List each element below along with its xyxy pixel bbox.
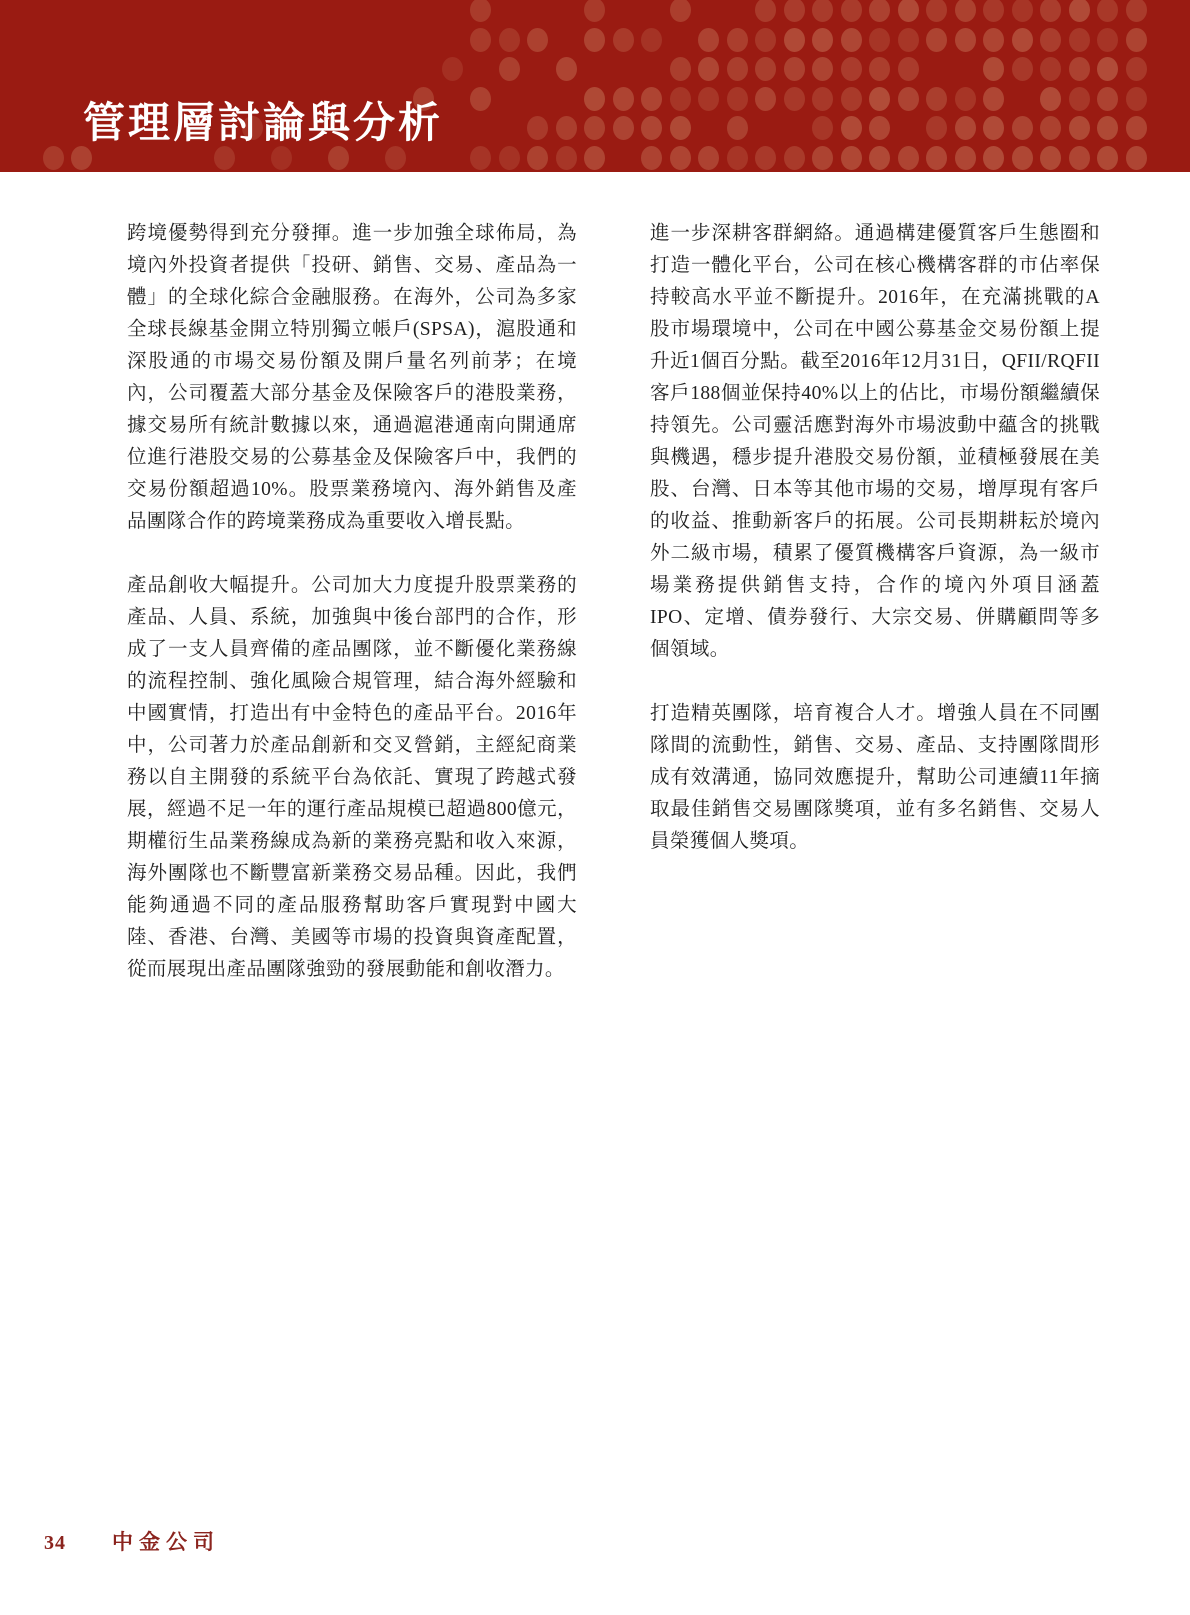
banner-dot	[1126, 116, 1147, 140]
banner-dot	[983, 0, 1004, 22]
body-column-right: 進一步深耕客群網絡。通過構建優質客戶生態圈和打造一體化平台，公司在核心機構客群的…	[650, 218, 1100, 890]
banner-dot	[812, 57, 833, 81]
header-banner: 管理層討論與分析	[0, 0, 1190, 172]
banner-dot	[983, 116, 1004, 140]
banner-dot	[784, 0, 805, 22]
banner-dot	[670, 57, 691, 81]
page-number: 34	[44, 1532, 66, 1555]
banner-dot	[698, 87, 719, 111]
banner-dot	[841, 87, 862, 111]
banner-dot	[1097, 57, 1118, 81]
banner-dot	[727, 116, 748, 140]
banner-dot	[727, 87, 748, 111]
banner-dot	[1012, 116, 1033, 140]
banner-dot	[955, 146, 976, 170]
page-footer: 34 中金公司	[44, 1526, 220, 1556]
banner-dot	[755, 87, 776, 111]
banner-dot	[1012, 28, 1033, 52]
banner-dot	[1097, 146, 1118, 170]
paragraph-cross-border: 跨境優勢得到充分發揮。進一步加強全球佈局，為境內外投資者提供「投研、銷售、交易、…	[127, 218, 577, 538]
banner-dot	[926, 87, 947, 111]
banner-dot	[841, 57, 862, 81]
banner-dot	[556, 57, 577, 81]
banner-dot	[499, 57, 520, 81]
banner-dot	[784, 28, 805, 52]
banner-dot	[1126, 87, 1147, 111]
banner-dot	[584, 116, 605, 140]
banner-dot	[670, 0, 691, 22]
banner-dot	[613, 28, 634, 52]
banner-dot	[983, 146, 1004, 170]
banner-dot	[727, 146, 748, 170]
banner-dot	[328, 146, 349, 170]
banner-dot	[784, 146, 805, 170]
banner-dot	[1126, 146, 1147, 170]
banner-dot	[698, 146, 719, 170]
banner-dot	[1040, 146, 1061, 170]
banner-dot	[755, 57, 776, 81]
banner-dot	[470, 28, 491, 52]
banner-dot	[527, 28, 548, 52]
banner-dot	[784, 87, 805, 111]
banner-dot	[869, 28, 890, 52]
banner-dot	[869, 146, 890, 170]
banner-dot	[755, 0, 776, 22]
banner-dot	[670, 87, 691, 111]
banner-dot	[955, 116, 976, 140]
banner-dot	[812, 146, 833, 170]
banner-dot	[584, 0, 605, 22]
banner-dot	[1012, 146, 1033, 170]
banner-dot	[955, 87, 976, 111]
banner-dot	[727, 28, 748, 52]
banner-dot	[983, 87, 1004, 111]
banner-dot	[898, 28, 919, 52]
banner-dot	[926, 146, 947, 170]
banner-dot	[641, 146, 662, 170]
banner-dot	[812, 87, 833, 111]
banner-dot	[869, 57, 890, 81]
banner-dot	[755, 146, 776, 170]
banner-dot	[1126, 28, 1147, 52]
banner-dot	[1012, 57, 1033, 81]
banner-dot	[1040, 87, 1061, 111]
banner-dot	[499, 28, 520, 52]
banner-dot	[698, 28, 719, 52]
banner-dot	[1040, 28, 1061, 52]
page-title: 管理層討論與分析	[83, 103, 443, 145]
paragraph-product-revenue: 產品創收大幅提升。公司加大力度提升股票業務的產品、人員、系統，加強與中後台部門的…	[127, 570, 577, 986]
banner-dot	[584, 28, 605, 52]
banner-dot	[1069, 146, 1090, 170]
banner-dot	[499, 146, 520, 170]
banner-dot	[442, 57, 463, 81]
banner-dot	[841, 146, 862, 170]
banner-dot	[641, 28, 662, 52]
banner-dot	[898, 0, 919, 22]
banner-dot	[983, 57, 1004, 81]
banner-dot	[584, 146, 605, 170]
banner-dot	[1069, 116, 1090, 140]
banner-dot	[1069, 87, 1090, 111]
banner-dot	[1040, 0, 1061, 22]
banner-dot	[698, 57, 719, 81]
banner-dot	[1097, 116, 1118, 140]
banner-dot	[869, 0, 890, 22]
banner-dot	[898, 146, 919, 170]
paragraph-client-network: 進一步深耕客群網絡。通過構建優質客戶生態圈和打造一體化平台，公司在核心機構客群的…	[650, 218, 1100, 666]
banner-dot	[613, 116, 634, 140]
banner-dot	[926, 28, 947, 52]
banner-dot	[641, 116, 662, 140]
banner-dot	[385, 146, 406, 170]
banner-dot	[1069, 0, 1090, 22]
banner-dot	[955, 0, 976, 22]
banner-dot	[755, 28, 776, 52]
banner-dot	[841, 28, 862, 52]
banner-dot	[898, 57, 919, 81]
banner-dot	[214, 146, 235, 170]
banner-dot	[1040, 57, 1061, 81]
banner-dot	[670, 116, 691, 140]
banner-dot	[898, 87, 919, 111]
banner-dot	[1069, 28, 1090, 52]
paragraph-elite-team: 打造精英團隊，培育複合人才。增強人員在不同團隊間的流動性，銷售、交易、產品、支持…	[650, 698, 1100, 858]
banner-dot	[1097, 87, 1118, 111]
banner-dot	[955, 28, 976, 52]
banner-dot	[1097, 28, 1118, 52]
banner-dot	[983, 28, 1004, 52]
report-page: 管理層討論與分析 跨境優勢得到充分發揮。進一步加強全球佈局，為境內外投資者提供「…	[0, 0, 1190, 1615]
banner-dot	[470, 87, 491, 111]
banner-dot	[869, 87, 890, 111]
banner-dot	[556, 146, 577, 170]
banner-dot	[470, 146, 491, 170]
banner-dot	[1126, 57, 1147, 81]
banner-dot	[271, 146, 292, 170]
banner-dot	[727, 57, 748, 81]
banner-dot	[670, 146, 691, 170]
banner-dot	[841, 0, 862, 22]
banner-dot	[841, 116, 862, 140]
banner-dot	[527, 146, 548, 170]
banner-dot	[926, 116, 947, 140]
banner-dot	[641, 87, 662, 111]
banner-dot	[1040, 116, 1061, 140]
banner-dot	[71, 146, 92, 170]
banner-dot	[1012, 0, 1033, 22]
banner-dot	[784, 57, 805, 81]
banner-dot	[926, 0, 947, 22]
banner-dot	[812, 116, 833, 140]
banner-dot	[556, 116, 577, 140]
body-column-left: 跨境優勢得到充分發揮。進一步加強全球佈局，為境內外投資者提供「投研、銷售、交易、…	[127, 218, 577, 1018]
banner-dot	[470, 0, 491, 22]
banner-dot	[1097, 0, 1118, 22]
banner-dot	[1126, 0, 1147, 22]
banner-dot	[812, 28, 833, 52]
banner-dot	[869, 116, 890, 140]
banner-dot	[527, 116, 548, 140]
banner-dot	[43, 146, 64, 170]
banner-dot	[812, 0, 833, 22]
banner-dot	[613, 87, 634, 111]
banner-dot	[584, 87, 605, 111]
banner-dot	[1069, 57, 1090, 81]
company-name: 中金公司	[112, 1526, 220, 1556]
